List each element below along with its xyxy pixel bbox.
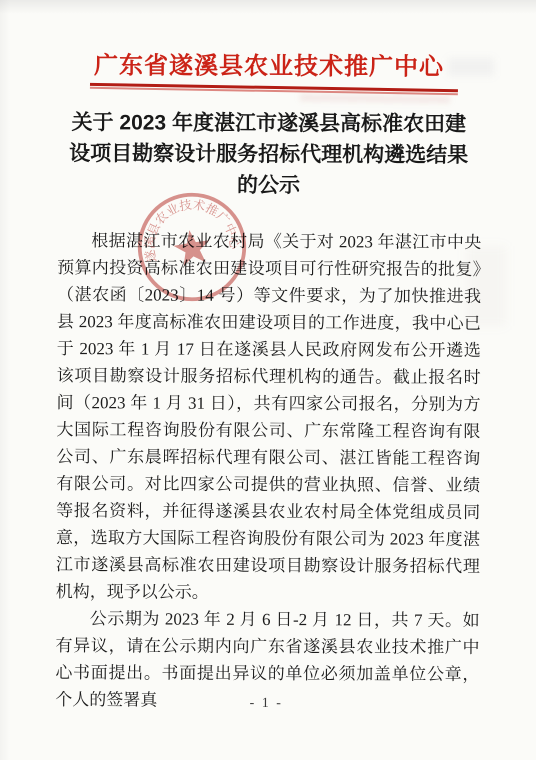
notice-paragraph-1: 根据湛江市农业农村局《关于对 2023 年湛江市中央预算内投资高标准农田建设项目… [56,227,482,607]
scanned-notice-page: 广东省遂溪县农业技术推广中心 关于 2023 年度湛江市遂溪县高标准农田建设项目… [0,0,536,760]
page-number: - 1 - [0,695,534,713]
notice-title: 关于 2023 年度湛江市遂溪县高标准农田建设项目勘察设计服务招标代理机构遴选结… [66,107,470,202]
notice-body: 根据湛江市农业农村局《关于对 2023 年湛江市中央预算内投资高标准农田建设项目… [55,227,481,715]
letterhead-divider-rule [90,83,458,95]
letterhead-org-name: 广东省遂溪县农业技术推广中心 [1,45,536,82]
